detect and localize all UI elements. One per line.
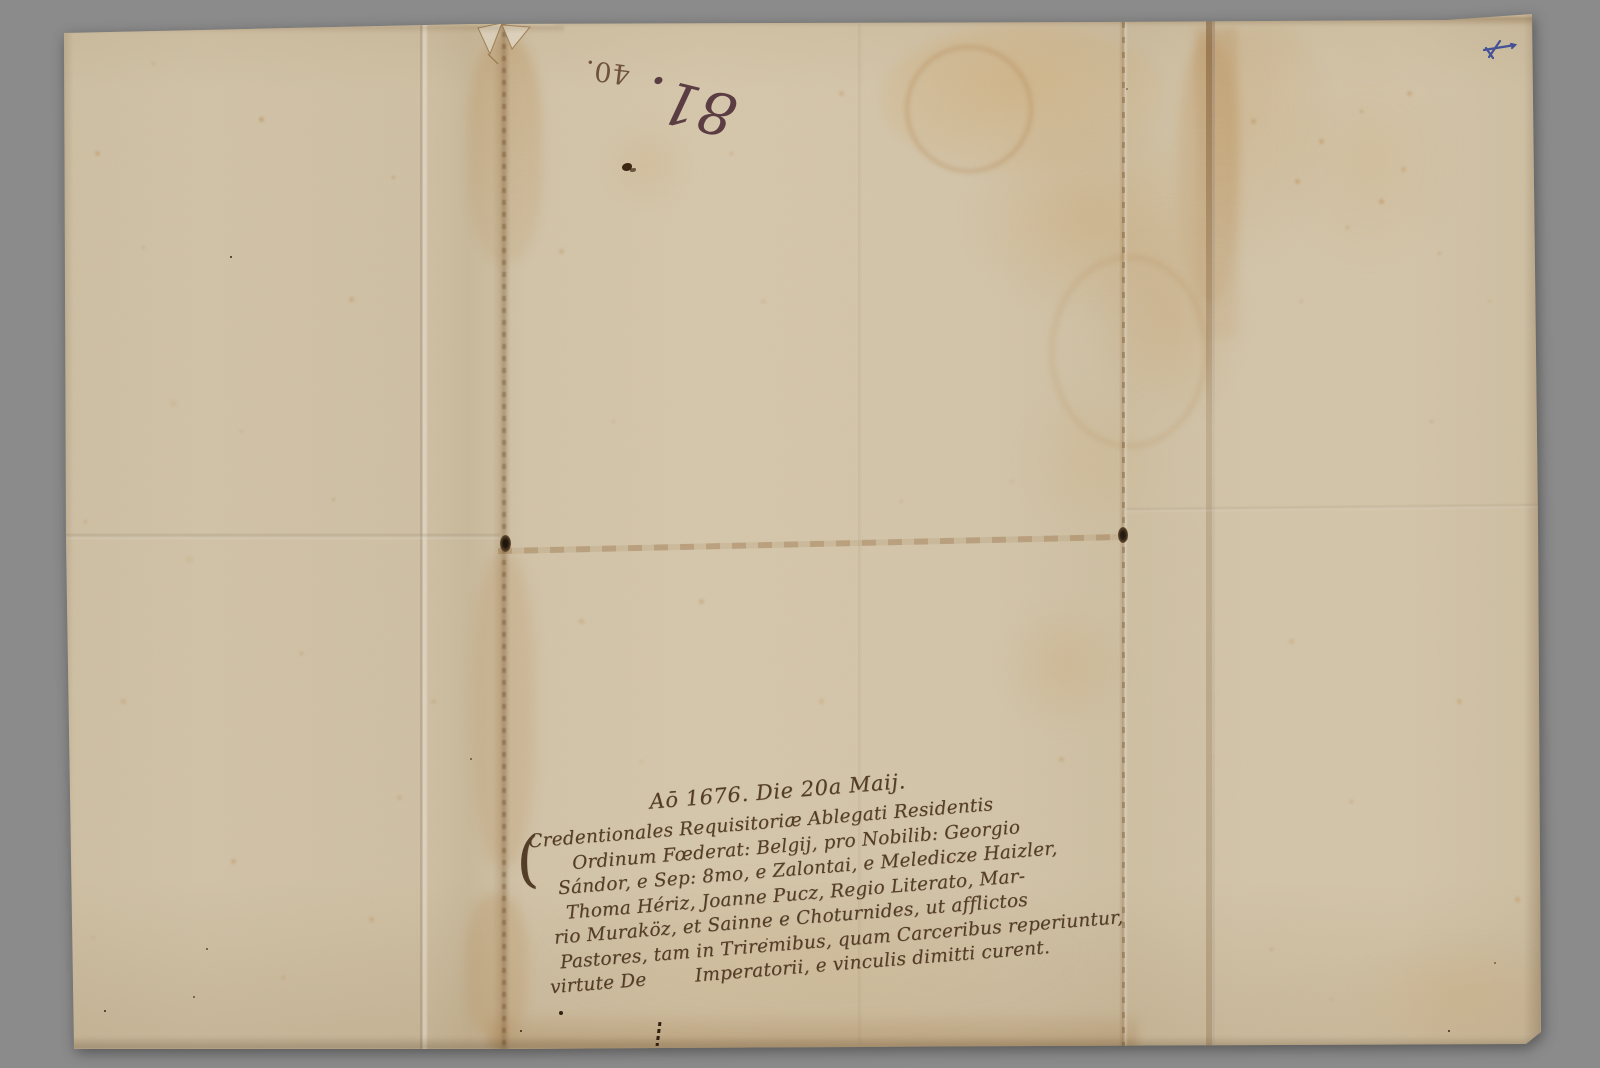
manuscript-paper: 40. 81. ( Aō 1676. Die 20a Maij. Credent…: [0, 0, 1600, 1068]
scan-background: 40. 81. ( Aō 1676. Die 20a Maij. Credent…: [0, 0, 1600, 1068]
foxing-spots: [0, 0, 3, 3]
paper-grain-texture: [0, 0, 1600, 1068]
ink-specks: [0, 0, 2, 2]
paper-shadow: 40. 81. ( Aō 1676. Die 20a Maij. Credent…: [0, 0, 1600, 1068]
